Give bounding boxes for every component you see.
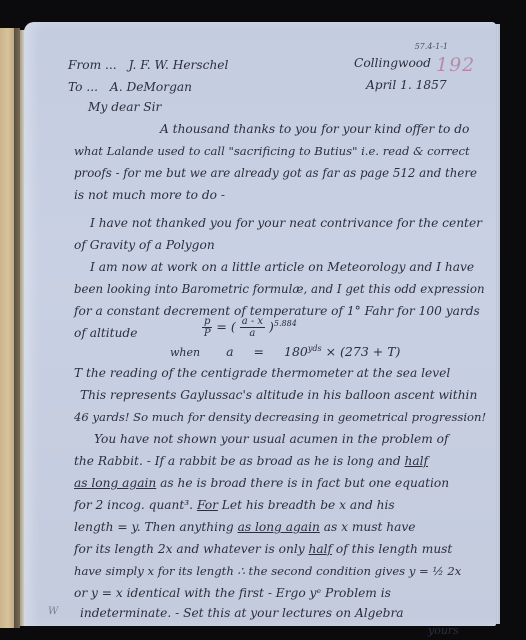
salutation: My dear Sir [88, 100, 161, 114]
rabbit-line-8: indeterminate. - Set this at your lectur… [80, 606, 404, 620]
formula-pressure: p P = ( a - x a )5.884 [202, 316, 297, 339]
document-viewer: 57.4-1-1 192 From ... J. F. W. Herschel … [0, 0, 526, 640]
formula-exponent: 5.884 [274, 319, 297, 328]
body-line: I am now at work on a little article on … [90, 260, 474, 274]
body-line: what Lalande used to call "sacrificing t… [74, 144, 470, 158]
body-line: You have not shown your usual acumen in … [94, 432, 449, 446]
reference-number: 57.4-1-1 [415, 42, 448, 51]
formula-a-definition: when a = 180yds × (273 + T) [170, 344, 400, 359]
spine-shadow [14, 28, 24, 628]
rabbit-line-7: or y = x identical with the first - Ergo… [74, 586, 391, 600]
body-line: A thousand thanks to you for your kind o… [160, 122, 469, 136]
to-label: To ... [68, 80, 98, 94]
body-line: proofs - for me but we are already got a… [74, 166, 477, 180]
body-line: 46 yards! So much for density decreasing… [74, 410, 486, 424]
closing: yours [428, 624, 459, 637]
body-line: T the reading of the centigrade thermome… [74, 366, 450, 380]
body-line: is not much more to do - [74, 188, 225, 202]
rabbit-line-5: for its length 2x and whatever is only h… [74, 542, 452, 556]
from-label: From ... [68, 58, 117, 72]
rabbit-line-2: as long again as he is broad there is in… [74, 476, 449, 490]
from-line: From ... J. F. W. Herschel [68, 58, 228, 72]
to-name: A. DeMorgan [110, 80, 192, 94]
place: Collingwood [354, 56, 431, 70]
margin-mark: W [48, 606, 58, 617]
from-name: J. F. W. Herschel [129, 58, 229, 72]
rabbit-line-6: have simply x for its length ∴ the secon… [74, 564, 461, 578]
rabbit-line-4: length = y. Then anything as long again … [74, 520, 416, 534]
fraction-p-over-P: p P [202, 316, 212, 339]
fraction-a-minus-x-over-a: a - x a [240, 316, 265, 339]
date: April 1. 1857 [366, 78, 447, 92]
rabbit-line-1: the Rabbit. - If a rabbit be as broad as… [74, 454, 428, 468]
to-line: To ... A. DeMorgan [68, 80, 192, 94]
body-line: I have not thanked you for your neat con… [90, 216, 482, 230]
body-line: of Gravity of a Polygon [74, 238, 215, 252]
rabbit-line-3: for 2 incog. quant³. For Let his breadth… [74, 498, 395, 512]
body-line: of altitude [74, 326, 137, 340]
body-line: been looking into Barometric formulæ, an… [74, 282, 485, 296]
folio-number: 192 [436, 54, 475, 76]
body-line: This represents Gaylussac's altitude in … [80, 388, 477, 402]
